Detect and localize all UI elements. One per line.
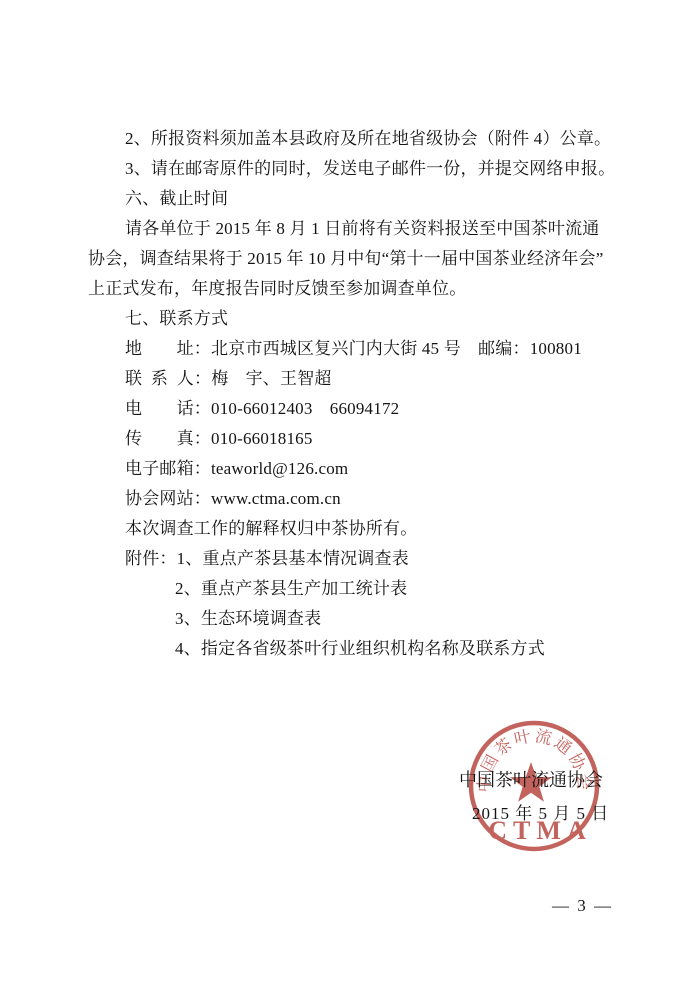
document-body: 2、所报资料须加盖本县政府及所在地省级协会（附件 4）公章。 3、请在邮寄原件的… (88, 124, 622, 664)
contact-address-line: 地 址：北京市西城区复兴门内大街 45 号 邮编：100801 (88, 334, 622, 364)
text-line: 2、所报资料须加盖本县政府及所在地省级协会（附件 4）公章。 (88, 124, 622, 154)
section-heading: 七、联系方式 (88, 304, 622, 334)
attachment-item: 附件：1、重点产茶县基本情况调查表 (88, 544, 622, 574)
contact-email-line: 电子邮箱：teaworld@126.com (88, 454, 622, 484)
page-number: — 3 — (552, 896, 613, 916)
attachment-item: 3、生态环境调查表 (88, 604, 622, 634)
text-line: 本次调查工作的解释权归中茶协所有。 (88, 514, 622, 544)
text-line: 上正式发布，年度报告同时反馈至参加调查单位。 (88, 274, 622, 304)
contact-fax-line: 传 真：010-66018165 (88, 424, 622, 454)
text-line: 协会，调查结果将于 2015 年 10 月中旬“第十一届中国茶业经济年会” (88, 244, 622, 274)
attachment-item: 2、重点产茶县生产加工统计表 (88, 574, 622, 604)
signature-date: 2015 年 5 月 5 日 (472, 799, 609, 824)
text-line: 请各单位于 2015 年 8 月 1 日前将有关资料报送至中国茶叶流通 (88, 214, 622, 244)
contact-person-line: 联 系 人：梅 宇、王智超 (88, 364, 622, 394)
section-heading: 六、截止时间 (88, 184, 622, 214)
contact-website-line: 协会网站：www.ctma.com.cn (88, 484, 622, 514)
signature-org: 中国茶叶流通协会 (459, 766, 603, 792)
contact-phone-line: 电 话：010-66012403 66094172 (88, 394, 622, 424)
text-line: 3、请在邮寄原件的同时，发送电子邮件一份，并提交网络申报。 (88, 154, 622, 184)
document-page: 2、所报资料须加盖本县政府及所在地省级协会（附件 4）公章。 3、请在邮寄原件的… (0, 0, 699, 988)
attachment-item: 4、指定各省级茶叶行业组织机构名称及联系方式 (88, 634, 622, 664)
